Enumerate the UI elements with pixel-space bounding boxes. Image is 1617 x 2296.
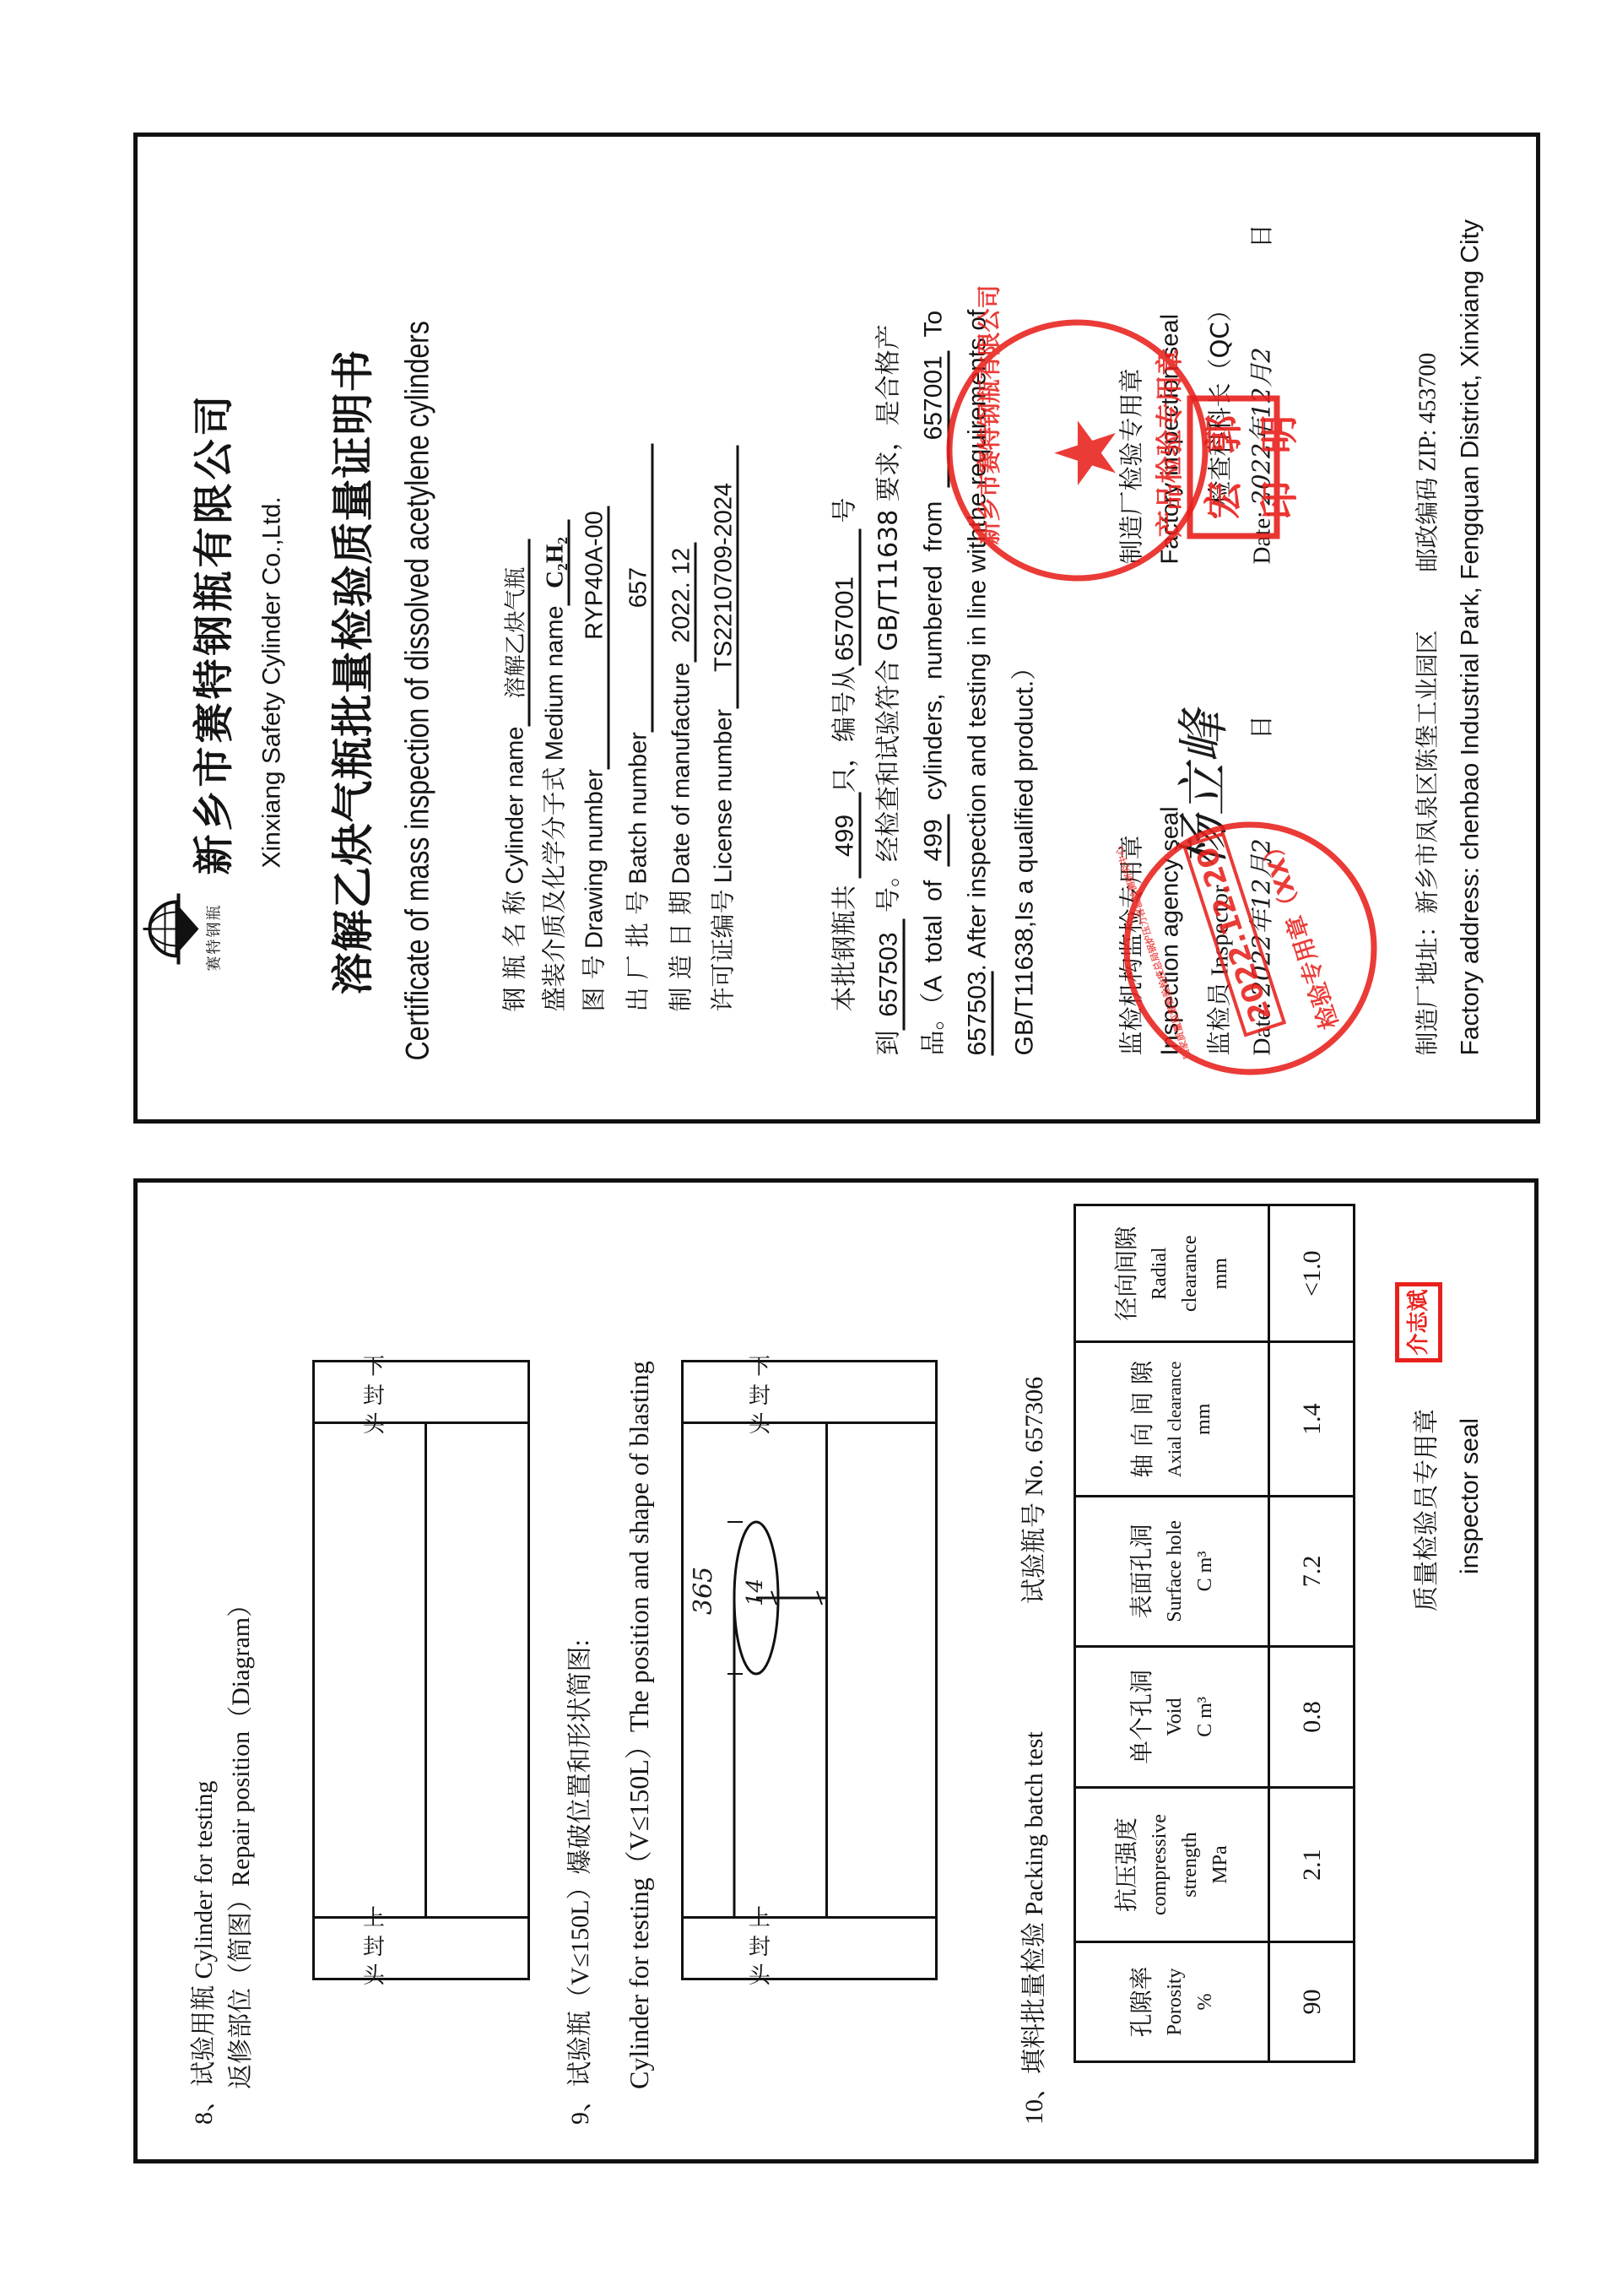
section9-title: 9、试验瓶（V≤150L）爆破位置和形状简图: xyxy=(568,1639,593,2125)
repair-position-diagram: 上 封 头 下 封 头 xyxy=(312,1360,530,1980)
certificate-page: 赛特钢瓶 新乡市赛特钢瓶有限公司 Xinxiang Safety Cylinde… xyxy=(133,133,1540,1124)
diagram-centerline xyxy=(425,1421,427,1919)
header-surface-hole: 表面孔洞Surface holeC m³ xyxy=(1075,1497,1269,1647)
diagram-bottom-head-divider xyxy=(315,1916,527,1919)
field-label-en: License number xyxy=(710,708,737,882)
value-compressive-strength: 2.1 xyxy=(1269,1788,1355,1942)
field-label-en: Date of manufacture xyxy=(668,662,695,884)
logo-caption: 赛特钢瓶 xyxy=(207,886,222,971)
section8-subtitle: 返修部位（简图）Repair position（Diagram） xyxy=(229,1592,254,2089)
field-value: C₂H₂ xyxy=(542,519,570,605)
field-label-cn: 出 厂 批 号 xyxy=(623,890,652,1011)
section10-title: 10、填料批量检验 Packing batch test xyxy=(1022,1731,1047,2125)
header-porosity: 孔隙率Porosity% xyxy=(1075,1941,1269,2061)
certificate-title-en: Certificate of mass inspection of dissol… xyxy=(401,321,434,1060)
field-value: 2022. 12 xyxy=(668,542,696,662)
field-label-cn: 许可证编号 xyxy=(708,889,737,1011)
company-logo: 赛特钢瓶 xyxy=(143,886,227,971)
factory-inspection-stamp: ★ 新乡市赛特钢瓶有限公司 产品检验专用章 xyxy=(946,319,1208,581)
table-row: 90 2.1 0.8 7.2 1.4 <1.0 xyxy=(1269,1205,1355,2062)
field-date-of-manufacture: 制 造 日 期 Date of manufacture2022. 12 xyxy=(668,542,696,1011)
company-name-cn: 新乡市赛特钢瓶有限公司 xyxy=(193,392,234,875)
annotation-length: 365 xyxy=(689,1567,718,1615)
field-label-en: Batch number xyxy=(625,732,652,885)
header-radial-clearance: 径向间隙Radial clearancemm xyxy=(1075,1205,1269,1342)
inspector-personal-stamp: 介志斌 xyxy=(1395,1282,1442,1362)
field-medium-name: 盛装介质及化学分子式 Medium nameC₂H₂ xyxy=(542,519,570,1011)
test-cylinder-number: 试验瓶号 No. 657306 xyxy=(1022,1377,1047,1604)
packing-batch-test-table: 孔隙率Porosity% 抗压强度compressive strengthMPa… xyxy=(1073,1204,1355,2063)
field-value: TS2210709-2024 xyxy=(711,445,738,708)
blast-rupture-sketch xyxy=(684,1412,852,1919)
summary-line-5: GB/T11638,Is a qualified product.） xyxy=(1012,654,1037,1055)
agency-inspection-stamp: 2022.12.20 检验专用章（XX） 国家质量监督检验检疫总局锅炉压力容器检… xyxy=(1123,821,1376,1075)
test-sheet-content: 8、试验用瓶 Cylinder for testing 返修部位（简图）Repa… xyxy=(136,1181,1536,2161)
field-label-en: Drawing number xyxy=(581,769,608,949)
star-icon: ★ xyxy=(1045,414,1129,490)
summary-line-2: 到657503 号。经检查和试验符合 GB/T11638 要求，是合格产 xyxy=(875,324,905,1055)
field-value: 657 xyxy=(625,443,653,732)
summary-line-3: 品。（A total of 499 cylinders, numbered fr… xyxy=(920,310,949,1055)
field-label-cn: 钢 瓶 名 称 xyxy=(500,890,528,1011)
field-label-cn: 图 号 xyxy=(579,955,608,1011)
field-drawing-number: 图 号 Drawing numberRYP40A-00 xyxy=(581,506,609,1011)
header-compressive-strength: 抗压强度compressive strengthMPa xyxy=(1075,1788,1269,1942)
field-cylinder-name: 钢 瓶 名 称 Cylinder name溶解乙炔气瓶 xyxy=(502,539,530,1011)
summary-line-1: 本批钢瓶共 499只，编号从657001 号 xyxy=(831,497,861,1011)
field-label-en: Medium name xyxy=(541,605,568,761)
factory-stamp-ring-text: 新乡市赛特钢瓶有限公司 xyxy=(971,284,1004,544)
header-axial-clearance: 轴 向 间 隙Axial clearancemm xyxy=(1075,1342,1269,1497)
table-header-row: 孔隙率Porosity% 抗压强度compressive strengthMPa… xyxy=(1075,1205,1269,2062)
field-label-en: Cylinder name xyxy=(501,726,528,884)
header-void: 单个孔洞VoidC m³ xyxy=(1075,1646,1269,1787)
label-bottom-head: 下 封 头 xyxy=(738,1355,776,1435)
factory-address-en: Factory address: chenbao Industrial Park… xyxy=(1457,219,1483,1055)
test-sheet-page: 8、试验用瓶 Cylinder for testing 返修部位（简图）Repa… xyxy=(133,1178,1539,2163)
inspector-seal-label-cn: 质量检验员专用章 xyxy=(1414,1409,1440,1611)
field-batch-number: 出 厂 批 号 Batch number657 xyxy=(625,443,653,1011)
value-axial-clearance: 1.4 xyxy=(1269,1342,1355,1497)
factory-address-cn: 制造厂地址：新乡市凤泉区陈堡工业园区 邮政编码 ZIP: 453700 xyxy=(1415,352,1440,1055)
section9-subtitle: Cylinder for testing（V≤150L）The position… xyxy=(625,1361,652,2089)
field-value: 溶解乙炔气瓶 xyxy=(505,539,530,726)
value-surface-hole: 7.2 xyxy=(1269,1497,1355,1647)
inspector-seal-label-en: inspector seal xyxy=(1457,1418,1483,1574)
field-label-cn: 盛装介质及化学分子式 xyxy=(539,766,568,1011)
annotation-width: 14 xyxy=(743,1578,768,1606)
value-void: 0.8 xyxy=(1269,1646,1355,1787)
section8-title: 8、试验用瓶 Cylinder for testing xyxy=(192,1781,217,2125)
certificate-title-cn: 溶解乙炔气瓶批量检验质量证明书 xyxy=(332,349,374,994)
value-porosity: 90 xyxy=(1269,1941,1355,2061)
label-top-head: 上 封 头 xyxy=(353,1906,390,1986)
field-license-number: 许可证编号 License numberTS2210709-2024 xyxy=(711,445,738,1011)
diagram-top-head-divider xyxy=(315,1421,527,1424)
value-radial-clearance: <1.0 xyxy=(1269,1205,1355,1342)
certificate-content: 赛特钢瓶 新乡市赛特钢瓶有限公司 Xinxiang Safety Cylinde… xyxy=(136,135,1538,1121)
label-top-head: 上 封 头 xyxy=(738,1906,776,1986)
factory-stamp-center: 产品检验专用章 xyxy=(1148,348,1187,537)
blasting-position-diagram: 365 14 上 封 头 下 封 头 xyxy=(681,1360,938,1980)
field-value: RYP40A-00 xyxy=(581,506,609,769)
globe-gear-logo-icon xyxy=(143,886,202,971)
company-name-en: Xinxiang Safety Cylinder Co.,Ltd. xyxy=(259,496,284,868)
field-label-cn: 制 造 日 期 xyxy=(666,890,695,1011)
qc-personal-seal: 宏 郭 印 明 xyxy=(1187,395,1279,539)
label-bottom-head: 下 封 头 xyxy=(353,1355,390,1435)
